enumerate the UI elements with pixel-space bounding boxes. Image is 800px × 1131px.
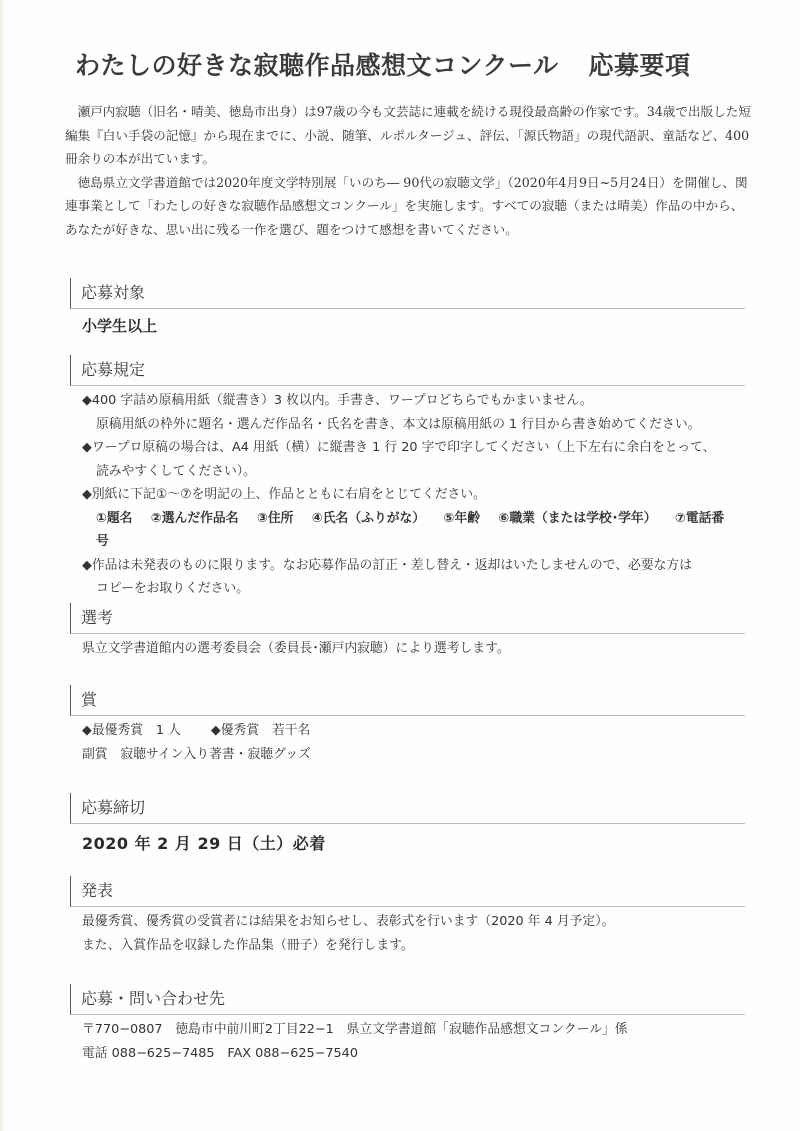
title-sub: 応募要項 — [589, 51, 691, 80]
section-prize: 賞 ◆最優秀賞 1 人 ◆優秀賞 若干名 副賞 寂聴サイン入り著書・寂聴グッズ — [70, 685, 745, 766]
rule-line: ◆400 字詰め原稿用紙（縦書き）3 枚以内。手書き、ワープロどちらでもかまいま… — [82, 389, 745, 413]
award-list: ◆最優秀賞 1 人 ◆優秀賞 若干名 — [82, 719, 745, 743]
announcement-line: 最優秀賞、優秀賞の受賞者には結果をお知らせし、表彰式を行います（2020 年 4… — [82, 910, 745, 934]
target-value: 小学生以上 — [82, 315, 745, 339]
page-edge — [0, 0, 3, 1131]
announcement-line: また、入賞作品を収録した作品集（冊子）を発行します。 — [82, 934, 745, 958]
section-heading: 応募対象 — [70, 278, 745, 309]
required-item: ③住所 — [257, 511, 293, 526]
required-item: ①題名 — [96, 511, 132, 526]
selection-text: 県立文学書道館内の選考委員会（委員長･瀬戸内寂聴）により選考します。 — [82, 637, 745, 661]
section-announcement: 発表 最優秀賞、優秀賞の受賞者には結果をお知らせし、表彰式を行います（2020 … — [70, 876, 745, 957]
title-main: わたしの好きな寂聴作品感想文コンクール — [75, 51, 559, 80]
rule-line: 読みやすくしてください）。 — [82, 460, 745, 484]
contact-phone: 電話 088−625−7485 FAX 088−625−7540 — [82, 1042, 745, 1066]
rule-line: コピーをお取りください。 — [82, 577, 745, 601]
prize-extra: 副賞 寂聴サイン入り著書・寂聴グッズ — [82, 743, 745, 767]
award-item: ◆優秀賞 若干名 — [211, 723, 310, 738]
deadline-date: 2020 年 2 月 29 日（土）必着 — [82, 832, 745, 856]
award-item: ◆最優秀賞 1 人 — [82, 723, 181, 738]
required-item: ②選んだ作品名 — [151, 511, 239, 526]
intro-paragraph: 徳島県立文学書道館では2020年度文学特別展「いのち― 90代の寂聴文学」（20… — [65, 171, 755, 242]
required-item: ⑥職業（または学校･学年） — [499, 511, 657, 526]
required-items: ①題名 ②選んだ作品名 ③住所 ④氏名（ふりがな） ⑤年齢 ⑥職業（または学校･… — [82, 507, 745, 554]
rule-line: ◆作品は未発表のものに限ります。なお応募作品の訂正・差し替え・返却はいたしません… — [82, 554, 745, 578]
section-heading: 応募・問い合わせ先 — [70, 984, 745, 1015]
section-deadline: 応募締切 2020 年 2 月 29 日（土）必着 — [70, 793, 745, 856]
section-heading: 賞 — [70, 685, 745, 716]
required-item: ④氏名（ふりがな） — [312, 511, 425, 526]
rule-line: ◆別紙に下記①～⑦を明記の上、作品とともに右肩をとじてください。 — [82, 483, 745, 507]
rule-line: ◆ワープロ原稿の場合は、A4 用紙（横）に縦書き 1 行 20 字で印字してくだ… — [82, 436, 745, 460]
section-target: 応募対象 小学生以上 — [70, 278, 745, 339]
section-heading: 応募締切 — [70, 793, 745, 824]
intro-paragraph: 瀬戸内寂聴（旧名・晴美、徳島市出身）は97歳の今も文芸誌に連載を続ける現役最高齢… — [65, 100, 755, 171]
section-heading: 発表 — [70, 876, 745, 907]
page-title: わたしの好きな寂聴作品感想文コンクール応募要項 — [75, 46, 755, 82]
section-rules: 応募規定 ◆400 字詰め原稿用紙（縦書き）3 枚以内。手書き、ワープロどちらで… — [70, 355, 745, 601]
section-heading: 応募規定 — [70, 355, 745, 386]
contact-address: 〒770−0807 徳島市中前川町2丁目22−1 県立文学書道館「寂聴作品感想文… — [82, 1018, 745, 1042]
intro-text: 瀬戸内寂聴（旧名・晴美、徳島市出身）は97歳の今も文芸誌に連載を続ける現役最高齢… — [65, 100, 755, 241]
section-heading: 選考 — [70, 603, 745, 634]
section-selection: 選考 県立文学書道館内の選考委員会（委員長･瀬戸内寂聴）により選考します。 — [70, 603, 745, 661]
required-item: ⑤年齢 — [444, 511, 480, 526]
document-page: わたしの好きな寂聴作品感想文コンクール応募要項 瀬戸内寂聴（旧名・晴美、徳島市出… — [0, 0, 800, 1131]
rule-line: 原稿用紙の枠外に題名・選んだ作品名・氏名を書き、本文は原稿用紙の 1 行目から書… — [82, 413, 745, 437]
section-contact: 応募・問い合わせ先 〒770−0807 徳島市中前川町2丁目22−1 県立文学書… — [70, 984, 745, 1065]
